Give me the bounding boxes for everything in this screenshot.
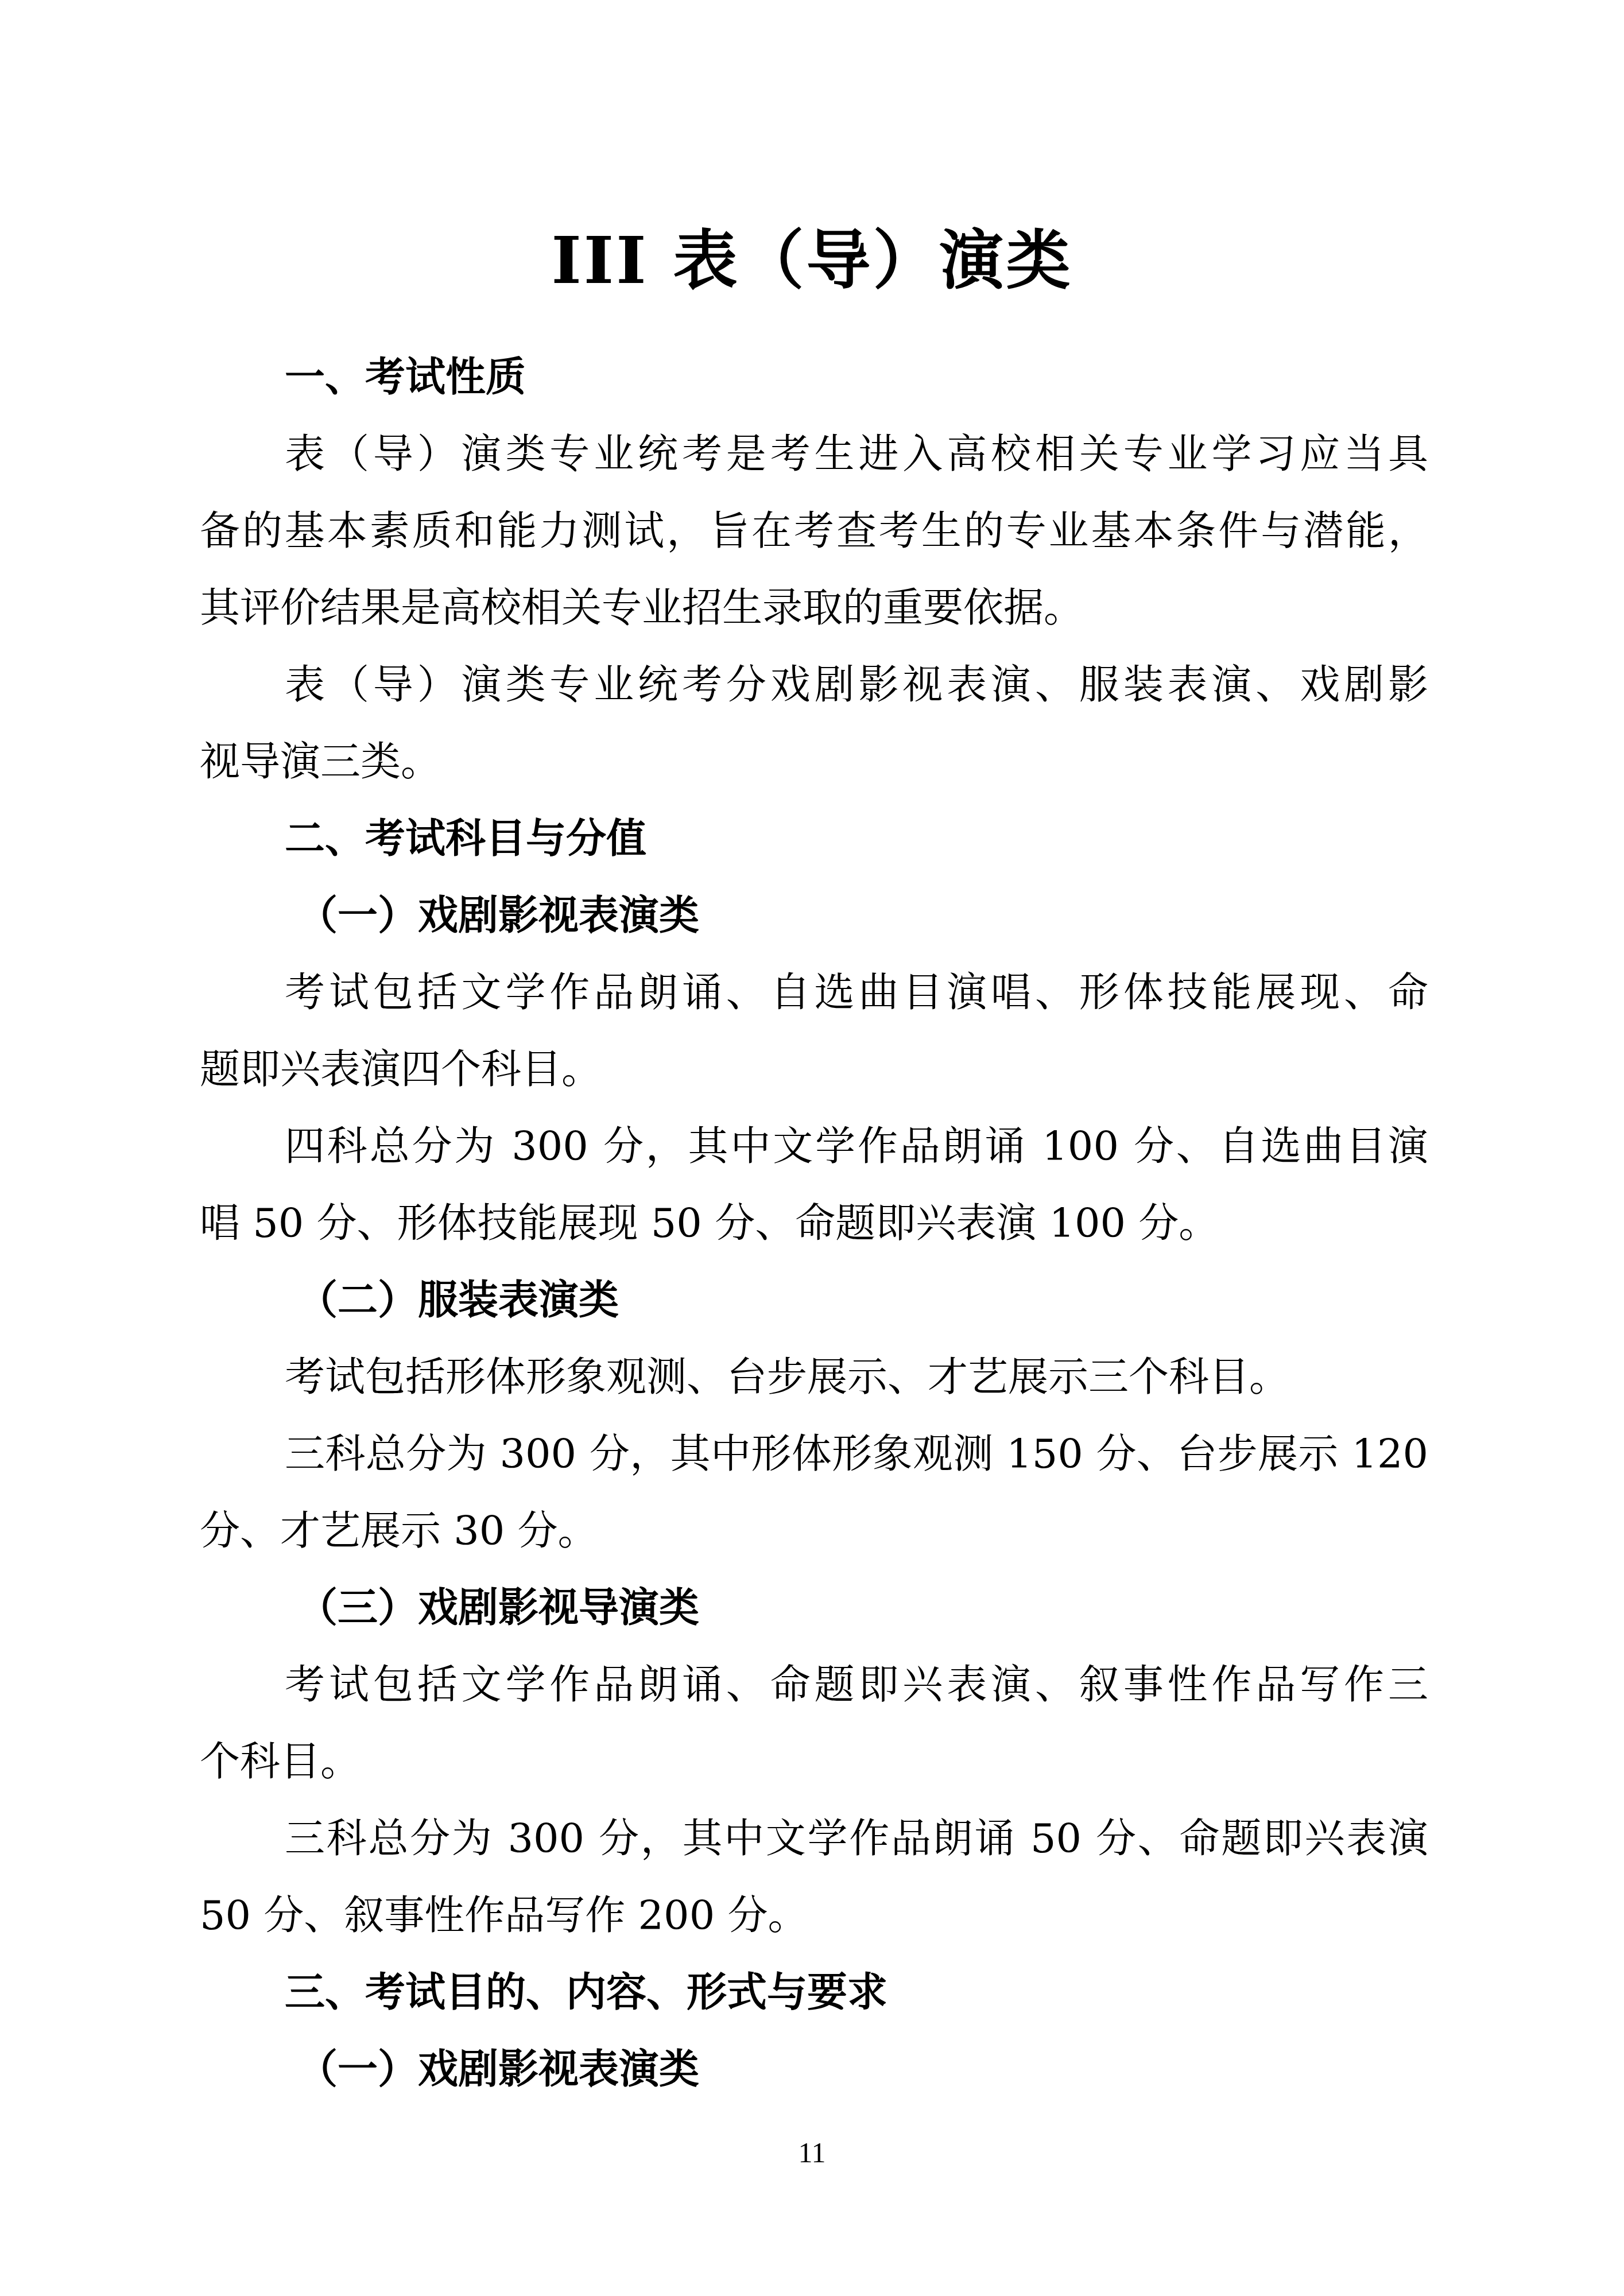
paragraph-line: 表（导）演类专业统考是考生进入高校相关专业学习应当具 xyxy=(200,416,1428,492)
paragraph-line: 考试包括文学作品朗诵、命题即兴表演、叙事性作品写作三 xyxy=(200,1646,1428,1723)
page-title: III 表（导）演类 xyxy=(0,221,1624,301)
document-body: 一、考试性质 表（导）演类专业统考是考生进入高校相关专业学习应当具 备的基本素质… xyxy=(200,339,1428,2108)
section-heading-subjects-scores: 二、考试科目与分值 xyxy=(200,800,1428,877)
paragraph-line: 唱 50 分、形体技能展现 50 分、命题即兴表演 100 分。 xyxy=(200,1185,1428,1262)
paragraph-line: 其评价结果是高校相关专业招生录取的重要依据。 xyxy=(200,569,1428,646)
subsection-heading-drama-film-acting: （一）戏剧影视表演类 xyxy=(200,877,1428,954)
section-heading-exam-nature: 一、考试性质 xyxy=(200,339,1428,416)
paragraph-line: 四科总分为 300 分，其中文学作品朗诵 100 分、自选曲目演 xyxy=(200,1108,1428,1185)
paragraph-line: 个科目。 xyxy=(200,1723,1428,1800)
paragraph-line: 分、才艺展示 30 分。 xyxy=(200,1492,1428,1569)
document-page: III 表（导）演类 一、考试性质 表（导）演类专业统考是考生进入高校相关专业学… xyxy=(0,0,1624,2296)
page-number: 11 xyxy=(0,2135,1624,2170)
paragraph-line: 表（导）演类专业统考分戏剧影视表演、服装表演、戏剧影 xyxy=(200,646,1428,723)
paragraph-line: 三科总分为 300 分，其中形体形象观测 150 分、台步展示 120 xyxy=(200,1415,1428,1492)
paragraph-line: 备的基本素质和能力测试，旨在考查考生的专业基本条件与潜能， xyxy=(200,492,1428,569)
paragraph-line: 考试包括形体形象观测、台步展示、才艺展示三个科目。 xyxy=(200,1339,1428,1415)
paragraph-line: 考试包括文学作品朗诵、自选曲目演唱、形体技能展现、命 xyxy=(200,954,1428,1031)
section-heading-purpose-content-format: 三、考试目的、内容、形式与要求 xyxy=(200,1954,1428,2031)
paragraph-line: 视导演三类。 xyxy=(200,723,1428,800)
subsection-heading-fashion-performance: （二）服装表演类 xyxy=(200,1262,1428,1339)
subsection-heading-drama-film-directing: （三）戏剧影视导演类 xyxy=(200,1569,1428,1646)
paragraph-line: 题即兴表演四个科目。 xyxy=(200,1031,1428,1108)
paragraph-line: 三科总分为 300 分，其中文学作品朗诵 50 分、命题即兴表演 xyxy=(200,1800,1428,1877)
subsection-heading-drama-film-acting-2: （一）戏剧影视表演类 xyxy=(200,2031,1428,2108)
paragraph-line: 50 分、叙事性作品写作 200 分。 xyxy=(200,1877,1428,1954)
